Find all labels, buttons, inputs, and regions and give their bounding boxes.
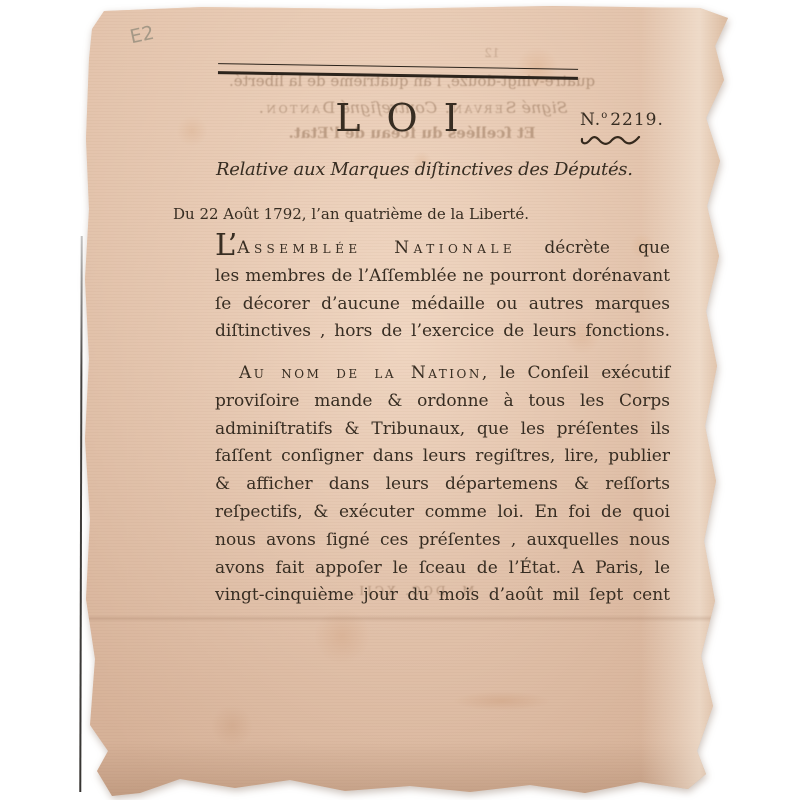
document-subtitle: Relative aux Marques diſtinctives des Dé… (216, 159, 616, 180)
text-line: faſſent conſigner dans leurs regiſtres, … (215, 443, 670, 471)
document-paper: 12 quatre-vingt-douze, l’an quatrième de… (82, 6, 732, 796)
text-line: les membres de l’Aſſemblée ne pourront d… (215, 263, 670, 291)
text-line: L’Assemblée Nationale décrète que (215, 235, 670, 263)
text-line: Au nom de la Nation, le Conſeil exécutif (215, 360, 670, 388)
text-line: avons fait appoſer le ſceau de l’État. A… (215, 555, 670, 583)
text-line: diſtinctives , hors de l’exercice de leu… (215, 318, 670, 346)
flourish-underline-icon (579, 132, 643, 148)
header-rule (218, 63, 578, 80)
text-line: & afficher dans leurs départemens & reſſ… (215, 471, 670, 499)
paragraph-execution: Au nom de la Nation, le Conſeil exécutif… (215, 360, 670, 610)
text-line: ſe décorer d’aucune médaille ou autres m… (215, 291, 670, 319)
drop-capital: L’ (215, 228, 237, 263)
text-line: vingt-cinquième jour du mois d’août mil … (215, 582, 670, 610)
pencil-annotation: E2 (128, 22, 156, 49)
showthrough-page-number: 12 (442, 46, 542, 60)
text-line: reſpectifs, & exécuter comme loi. En foi… (215, 499, 670, 527)
document-number: N.o2219. (580, 110, 664, 130)
text-line: nous avons ſigné ces préſentes , auxquel… (215, 527, 670, 555)
paragraph-decree: L’Assemblée Nationale décrète que les me… (215, 235, 670, 346)
text-line: proviſoire mande & ordonne à tous les Co… (215, 388, 670, 416)
document-dateline: Du 22 Août 1792, l’an quatrième de la Li… (173, 205, 529, 223)
scan-background: 12 quatre-vingt-douze, l’an quatrième de… (0, 0, 800, 800)
text-line: adminiſtratifs & Tribunaux, que les préſ… (215, 416, 670, 444)
document-title: LOI (217, 98, 577, 138)
paper-crease (88, 615, 718, 622)
